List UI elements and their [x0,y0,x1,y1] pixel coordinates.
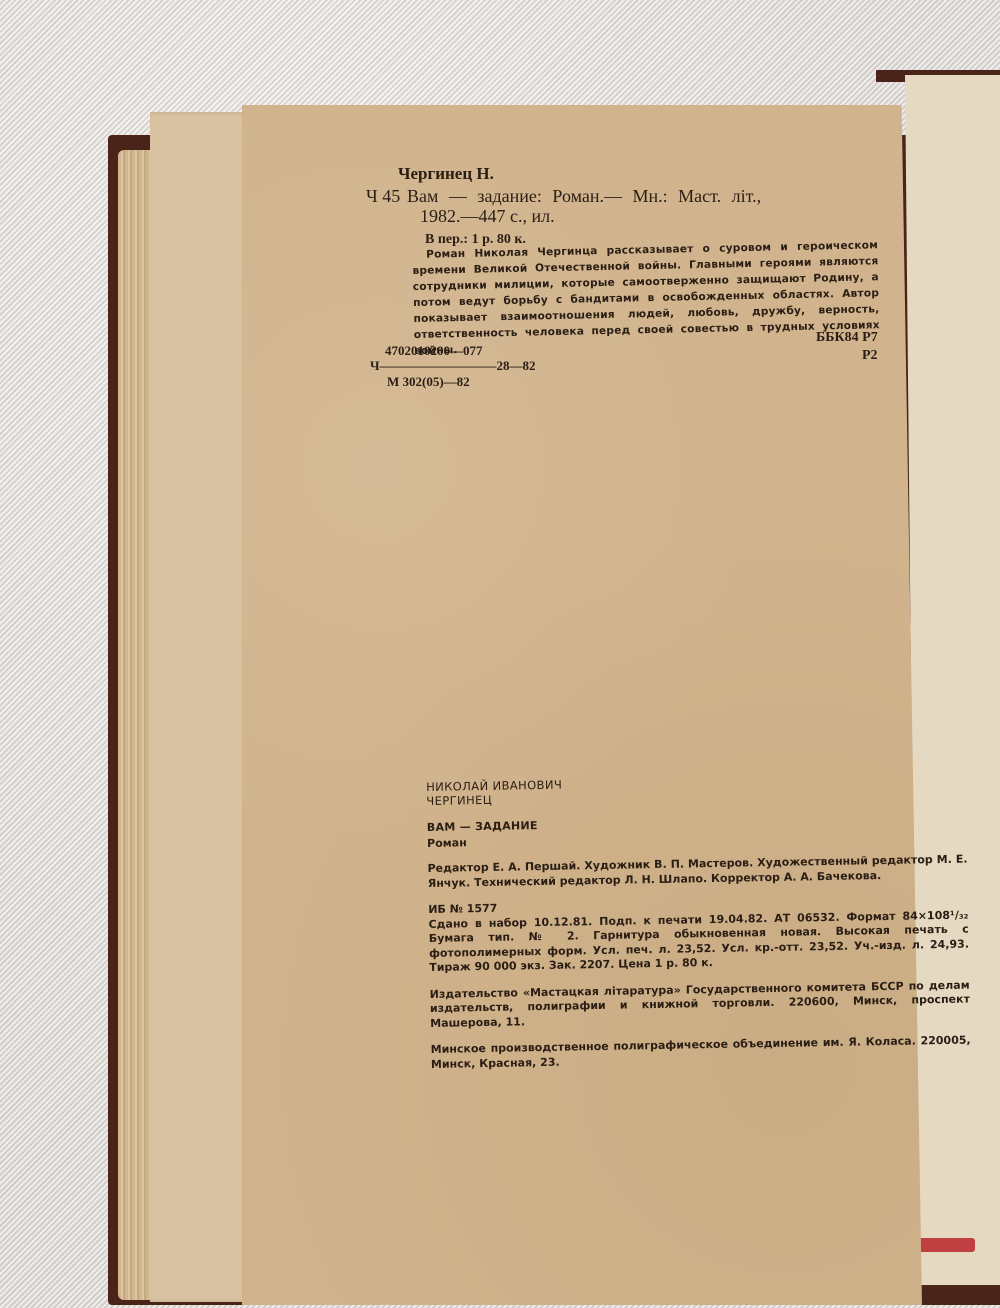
summary-text: Роман Николая Чергинца рассказывает о су… [412,237,880,359]
index-fraction-line: Ч—————————28—82 [370,358,536,374]
catalog-code: Ч 45 [366,186,400,207]
colophon-print-info: ИБ № 1577 Сдано в набор 10.12.81. Подп. … [428,894,969,976]
bbk-code: ББК84 Р7 [816,330,878,346]
print-details: Сдано в набор 10.12.81. Подп. к печати 1… [428,908,969,975]
colophon-publisher: Издательство «Мастацкая літаратура» Госу… [430,978,971,1031]
bookmark-ribbon [915,1238,975,1252]
index-denominator: М 302(05)—82 [387,374,470,390]
catalog-author: Чергинец Н. [398,164,494,184]
index-numerator: 4702010200—077 [385,343,483,359]
bbk-code-secondary: Р2 [862,348,878,364]
colophon: НИКОЛАЙ ИВАНОВИЧ ЧЕРГИНЕЦ ВАМ — ЗАДАНИЕ … [426,771,971,1072]
flyleaf-strip [150,112,250,1302]
catalog-title-line: Вам — задание: Роман.— Мн.: Маст. літ., [407,186,761,207]
catalog-summary: Роман Николая Чергинца рассказывает о су… [412,237,880,359]
catalog-publication-line: 1982.—447 с., ил. [420,206,555,227]
colophon-editors: Редактор Е. А. Першай. Художник В. П. Ма… [427,853,967,891]
facing-page [905,75,1000,1285]
